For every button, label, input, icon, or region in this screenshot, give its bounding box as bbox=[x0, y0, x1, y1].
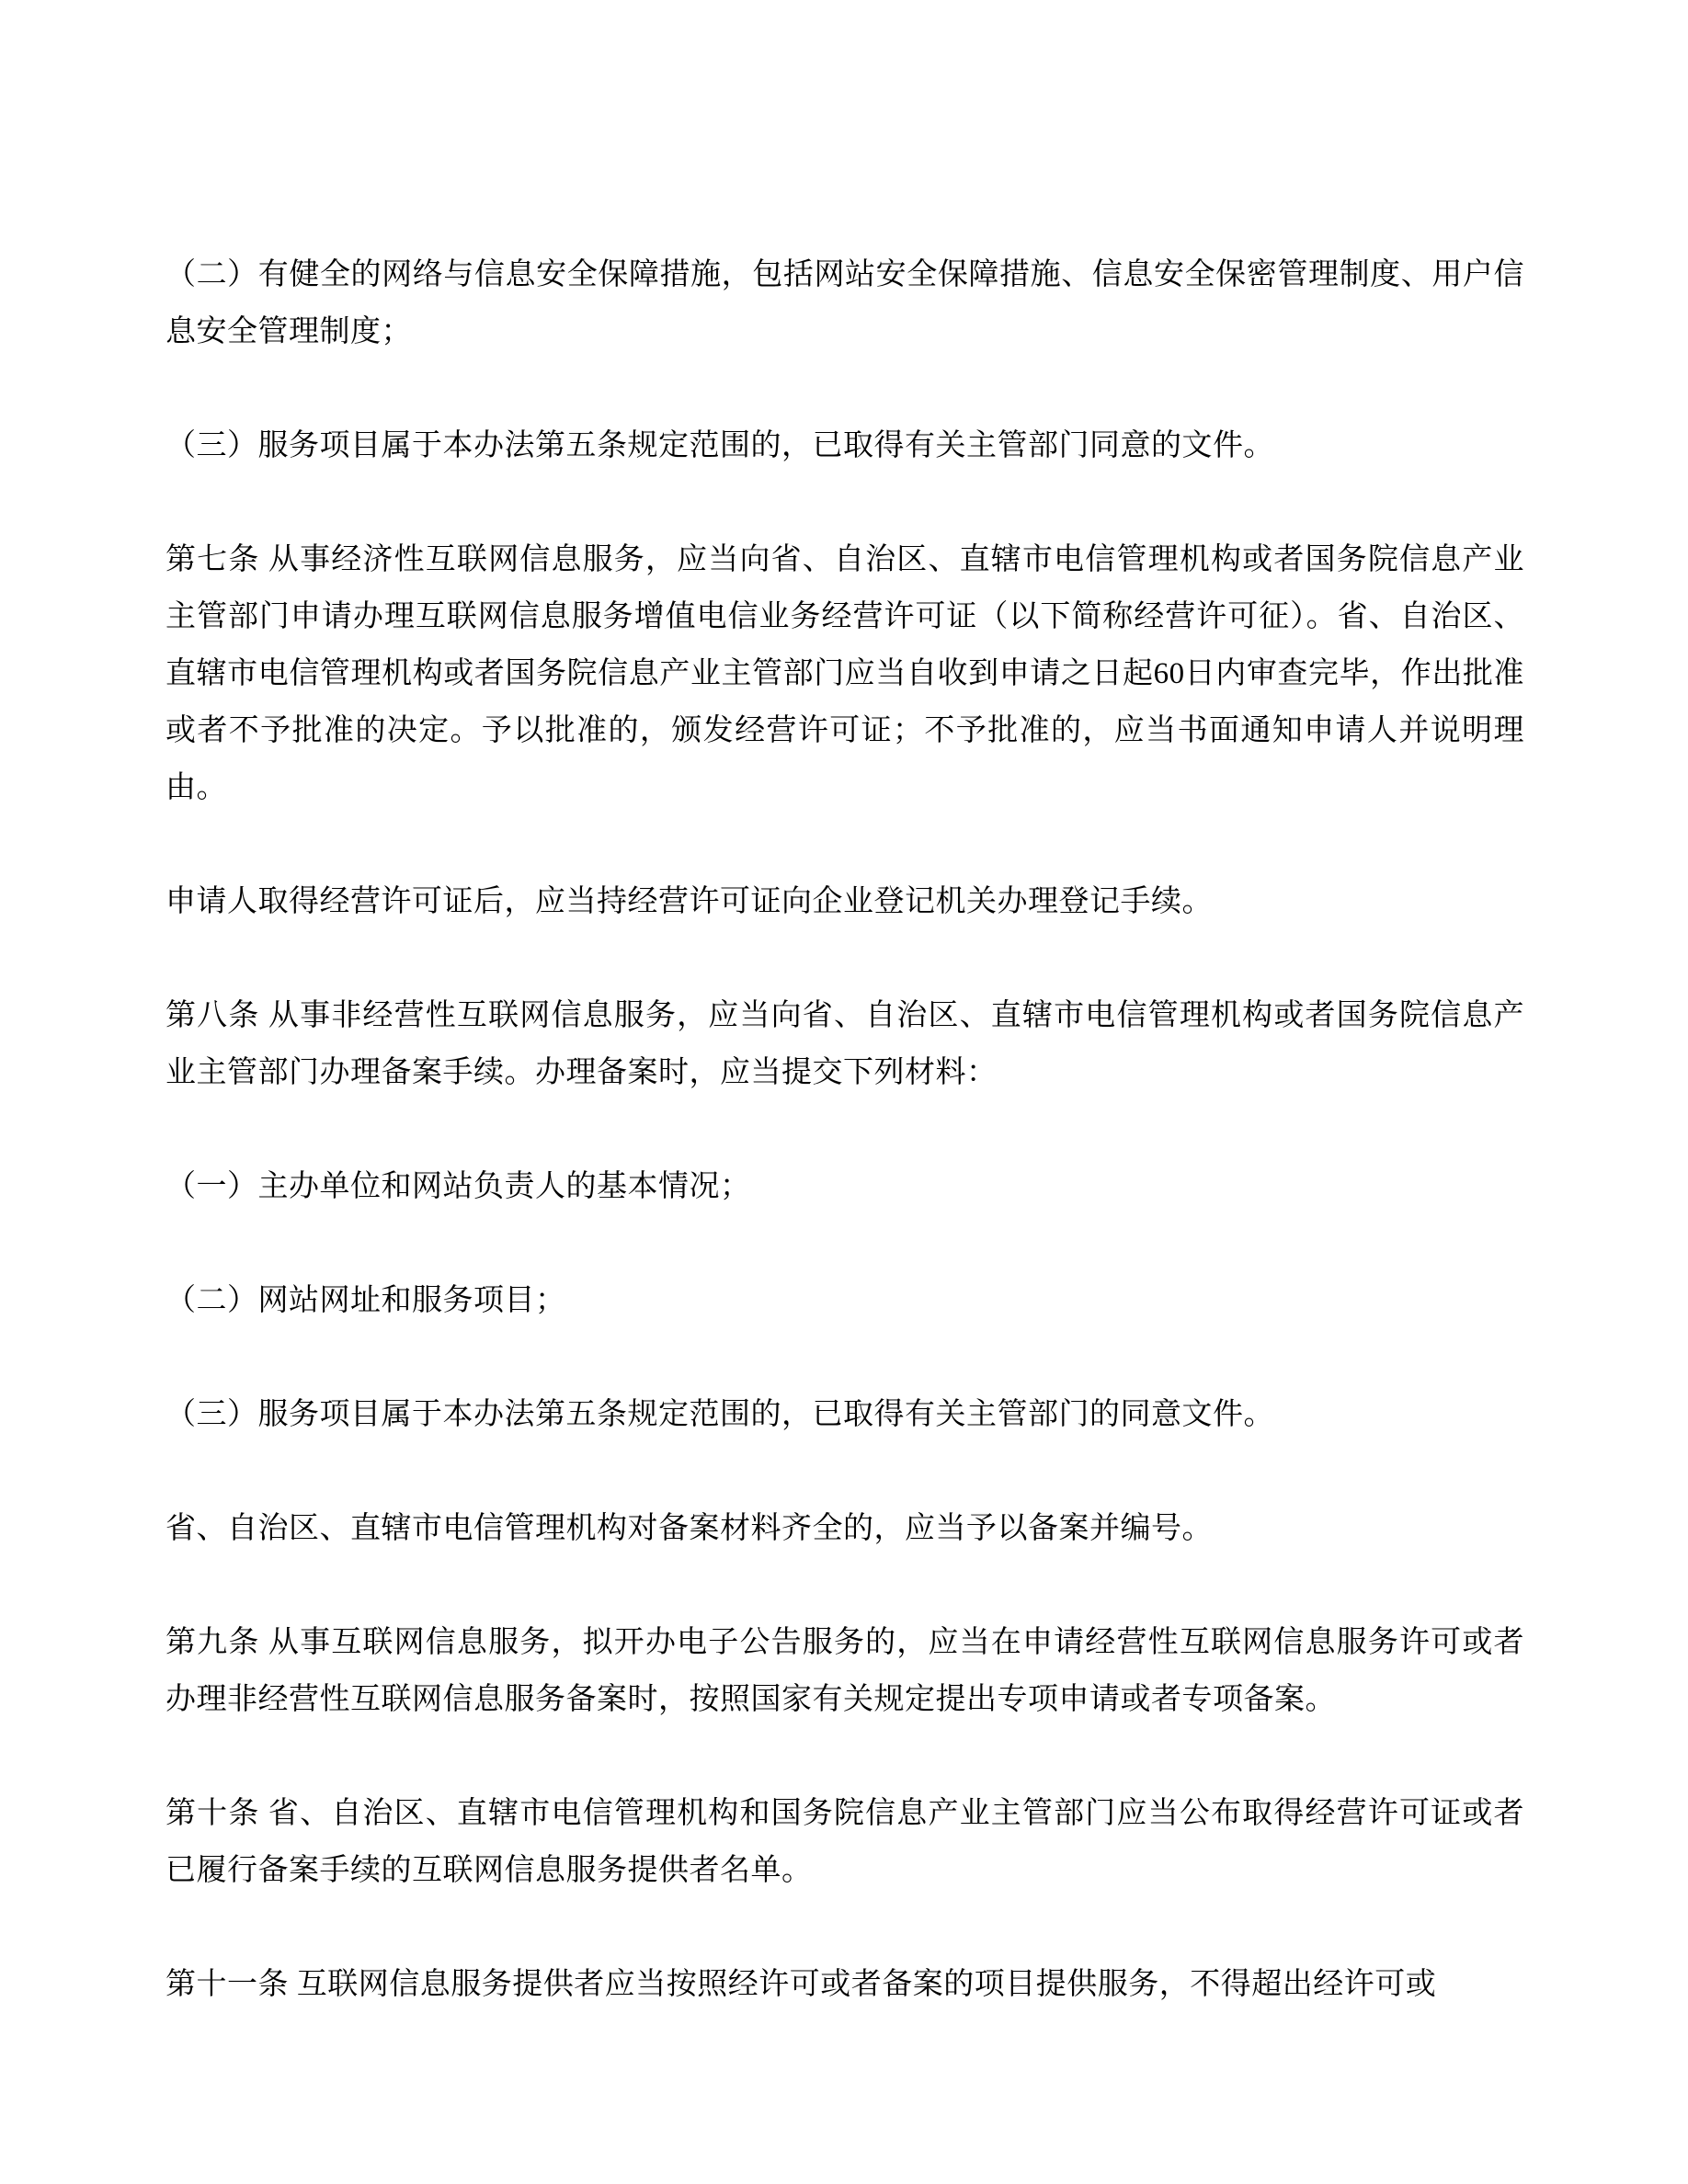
document-content: （二）有健全的网络与信息安全保障措施，包括网站安全保障措施、信息安全保密管理制度… bbox=[165, 246, 1524, 2013]
paragraph: （二）网站网址和服务项目； bbox=[165, 1272, 1524, 1329]
paragraph: 第十一条 互联网信息服务提供者应当按照经许可或者备案的项目提供服务，不得超出经许… bbox=[165, 1956, 1524, 2013]
paragraph: 第九条 从事互联网信息服务，拟开办电子公告服务的，应当在申请经营性互联网信息服务… bbox=[165, 1614, 1524, 1728]
paragraph: （一）主办单位和网站负责人的基本情况； bbox=[165, 1158, 1524, 1215]
paragraph: 第七条 从事经济性互联网信息服务，应当向省、自治区、直辖市电信管理机构或者国务院… bbox=[165, 531, 1524, 816]
paragraph: 第十条 省、自治区、直辖市电信管理机构和国务院信息产业主管部门应当公布取得经营许… bbox=[165, 1785, 1524, 1899]
paragraph: （二）有健全的网络与信息安全保障措施，包括网站安全保障措施、信息安全保密管理制度… bbox=[165, 246, 1524, 360]
paragraph: 省、自治区、直辖市电信管理机构对备案材料齐全的，应当予以备案并编号。 bbox=[165, 1500, 1524, 1557]
document-page: （二）有健全的网络与信息安全保障措施，包括网站安全保障措施、信息安全保密管理制度… bbox=[0, 0, 1688, 2184]
paragraph: （三）服务项目属于本办法第五条规定范围的，已取得有关主管部门的同意文件。 bbox=[165, 1386, 1524, 1443]
paragraph: （三）服务项目属于本办法第五条规定范围的，已取得有关主管部门同意的文件。 bbox=[165, 417, 1524, 474]
paragraph: 第八条 从事非经营性互联网信息服务，应当向省、自治区、直辖市电信管理机构或者国务… bbox=[165, 987, 1524, 1101]
paragraph: 申请人取得经营许可证后，应当持经营许可证向企业登记机关办理登记手续。 bbox=[165, 873, 1524, 930]
